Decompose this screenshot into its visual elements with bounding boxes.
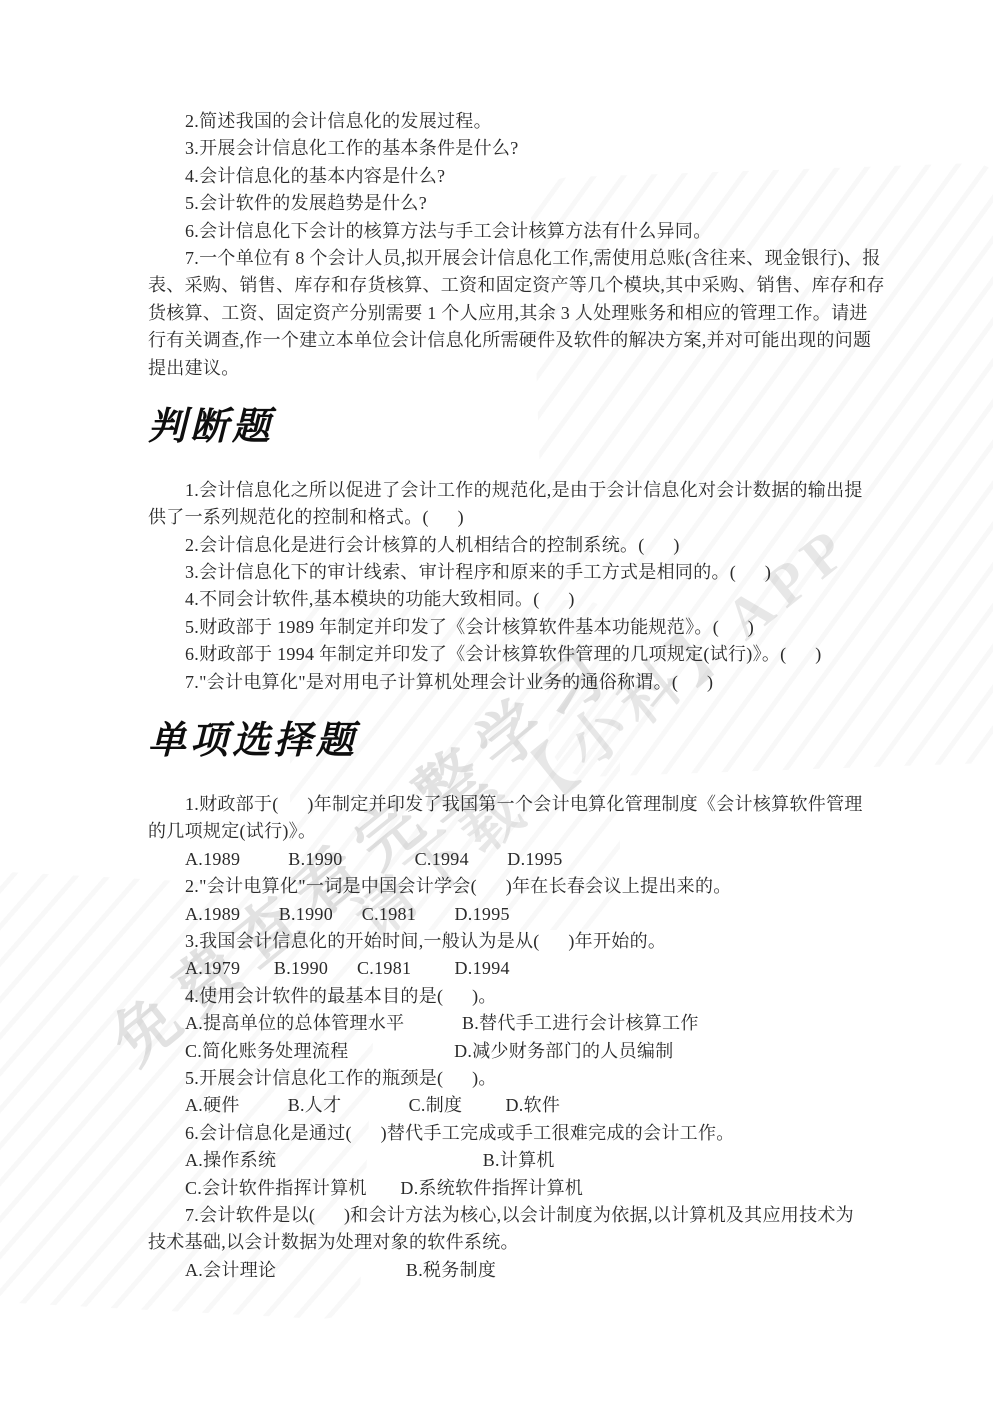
page-content: 2.简述我国的会计信息化的发展过程。 3.开展会计信息化工作的基本条件是什么? … xyxy=(0,0,854,1284)
text-line: 7."会计电算化"是对用电子计算机处理会计业务的通俗称谓。( ) xyxy=(148,669,854,696)
text-line: 6.会计信息化是通过( )替代手工完成或手工很难完成的会计工作。 xyxy=(148,1120,854,1147)
text-line: 1.财政部于( )年制定并印发了我国第一个会计电算化管理制度《会计核算软件管理 xyxy=(148,791,854,818)
text-line: 3.我国会计信息化的开始时间,一般认为是从( )年开始的。 xyxy=(148,928,854,955)
section-heading-single-choice: 单项选择题 xyxy=(148,717,854,763)
document-page: 免费查看完整学习 请下载【小科】APP 2.简述我国的会计信息化的发展过程。 3… xyxy=(0,0,993,1404)
options-line: A.1989 B.1990 C.1981 D.1995 xyxy=(148,901,854,928)
text-line: 表、采购、销售、库存和存货核算、工资和固定资产等几个模块,其中采购、销售、库存和… xyxy=(148,272,854,299)
text-line: 3.会计信息化下的审计线索、审计程序和原来的手工方式是相同的。( ) xyxy=(148,559,854,586)
section-single-choice-questions: 单项选择题 1.财政部于( )年制定并印发了我国第一个会计电算化管理制度《会计核… xyxy=(148,717,854,1284)
options-line: C.会计软件指挥计算机 D.系统软件指挥计算机 xyxy=(148,1175,854,1202)
section-judgment-questions: 判断题 1.会计信息化之所以促进了会计工作的规范化,是由于会计信息化对会计数据的… xyxy=(148,403,854,696)
text-line: 2.会计信息化是进行会计核算的人机相结合的控制系统。( ) xyxy=(148,532,854,559)
text-line: 供了一系列规范化的控制和格式。( ) xyxy=(148,504,854,531)
text-line: 5.财政部于 1989 年制定并印发了《会计核算软件基本功能规范》。( ) xyxy=(148,614,854,641)
text-line: 2.简述我国的会计信息化的发展过程。 xyxy=(148,108,854,135)
options-line: A.会计理论 B.税务制度 xyxy=(148,1257,854,1284)
text-line: 6.财政部于 1994 年制定并印发了《会计核算软件管理的几项规定(试行)》。(… xyxy=(148,641,854,668)
text-line: 4.会计信息化的基本内容是什么? xyxy=(148,163,854,190)
text-line: 行有关调查,作一个建立本单位会计信息化所需硬件及软件的解决方案,并对可能出现的问… xyxy=(148,327,854,354)
options-line: A.1989 B.1990 C.1994 D.1995 xyxy=(148,846,854,873)
options-line: A.硬件 B.人才 C.制度 D.软件 xyxy=(148,1092,854,1119)
text-line: 2."会计电算化"一词是中国会计学会( )年在长春会议上提出来的。 xyxy=(148,873,854,900)
text-line: 提出建议。 xyxy=(148,355,854,382)
options-line: A.1979 B.1990 C.1981 D.1994 xyxy=(148,955,854,982)
text-line: 3.开展会计信息化工作的基本条件是什么? xyxy=(148,135,854,162)
text-line: 6.会计信息化下会计的核算方法与手工会计核算方法有什么异同。 xyxy=(148,218,854,245)
text-line: 5.会计软件的发展趋势是什么? xyxy=(148,190,854,217)
text-line: 1.会计信息化之所以促进了会计工作的规范化,是由于会计信息化对会计数据的输出提 xyxy=(148,477,854,504)
text-line: 7.会计软件是以( )和会计方法为核心,以会计制度为依据,以计算机及其应用技术为 xyxy=(148,1202,854,1229)
text-line: 的几项规定(试行)》。 xyxy=(148,818,854,845)
text-line: 技术基础,以会计数据为处理对象的软件系统。 xyxy=(148,1229,854,1256)
section-heading-judgment: 判断题 xyxy=(148,403,854,449)
section-essay-questions: 2.简述我国的会计信息化的发展过程。 3.开展会计信息化工作的基本条件是什么? … xyxy=(148,108,854,382)
options-line: A.提高单位的总体管理水平 B.替代手工进行会计核算工作 xyxy=(148,1010,854,1037)
text-line: 4.使用会计软件的最基本目的是( )。 xyxy=(148,983,854,1010)
text-line: 5.开展会计信息化工作的瓶颈是( )。 xyxy=(148,1065,854,1092)
options-line: A.操作系统 B.计算机 xyxy=(148,1147,854,1174)
options-line: C.简化账务处理流程 D.减少财务部门的人员编制 xyxy=(148,1038,854,1065)
text-line: 7.一个单位有 8 个会计人员,拟开展会计信息化工作,需使用总账(含往来、现金银… xyxy=(148,245,854,272)
text-line: 4.不同会计软件,基本模块的功能大致相同。( ) xyxy=(148,586,854,613)
text-line: 货核算、工资、固定资产分别需要 1 个人应用,其余 3 人处理账务和相应的管理工… xyxy=(148,300,854,327)
